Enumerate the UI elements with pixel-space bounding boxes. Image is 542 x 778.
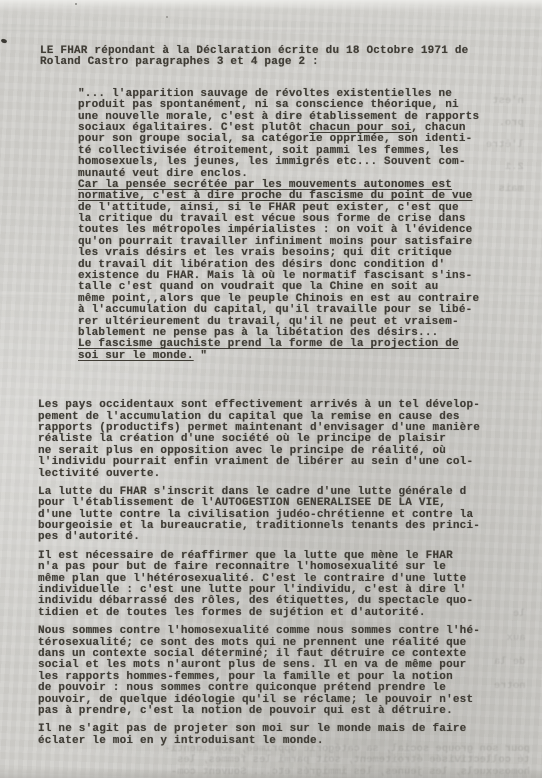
typewritten-text: LE FHAR répondant à la Déclaration écrit… [38,46,518,747]
paragraph: Il est nécessaire de réaffirmer que la l… [38,551,518,619]
paragraph: Les pays occidentaux sont effectivement … [38,400,518,480]
document-heading: LE FHAR répondant à la Déclaration écrit… [40,46,518,69]
paragraph: Nous sommes contre l'homosexualité comme… [38,626,518,717]
body-paragraphs: Les pays occidentaux sont effectivement … [38,400,518,747]
bleedthrough-text: pour son groupe social, sa catégorie opp… [90,744,530,778]
ink-speck [1,38,8,44]
quote-line: soi sur le monde. " [78,351,518,362]
text-line: réaliste la création d'une société où le… [38,434,518,445]
text-line: pour l'établissement de l'AUTOGESTION GE… [38,498,518,509]
text-line: n'a pas pour but de faire reconnaitre l'… [38,562,518,573]
text-line: tidien et de toutes les formes de sujéti… [38,608,518,619]
text-line: éclater le moi en y introduisant le mond… [38,736,518,747]
text-line: Les pays occidentaux sont effectivement … [38,400,518,411]
paragraph: Il ne s'agit pas de projeter son moi sur… [38,724,518,747]
text-line: pas à prendre, c'est la notion de pouvoi… [38,706,518,717]
ink-speck [75,3,77,5]
paper-crease [0,28,542,31]
text-line: Il ne s'agit pas de projeter son moi sur… [38,724,518,735]
heading-line: Roland Castro paragraphes 3 et 4 page 2 … [40,57,518,68]
text-line: lectivité ouverte. [38,469,518,480]
ink-speck [166,16,168,18]
text-line: Nous sommes contre l'homosexualité comme… [38,626,518,637]
paragraph: La lutte du FHAR s'inscrit dans le cadre… [38,487,518,544]
text-line: de pouvoir : nous sommes contre quiconqu… [38,683,518,694]
scanned-document-page: n'est pro. l'être 2.1 mais le aux de la … [0,0,542,778]
text-line: pes d'autorité. [38,532,518,543]
text-line: l'individu pourrait enfin vraiment de li… [38,457,518,468]
quoted-passage: "... l'apparition sauvage de révoltes ex… [78,89,518,362]
